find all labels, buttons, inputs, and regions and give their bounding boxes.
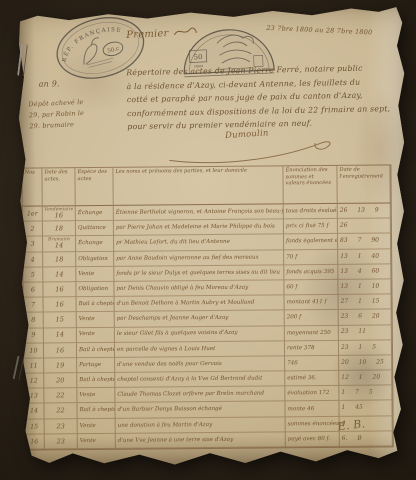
act-registration: 13 1 10	[338, 279, 391, 295]
act-date: 22	[44, 404, 77, 419]
act-registration: 26 13 9	[338, 203, 391, 219]
act-amount: 60 f	[284, 280, 338, 296]
act-type: Obligation	[76, 282, 114, 298]
page-wrap: RÉP. FRANÇAISE 50.c 50 cmes Prem	[0, 0, 416, 480]
act-type: Vente	[78, 418, 116, 434]
row-number: 14	[24, 404, 44, 419]
row-number: 12	[24, 374, 44, 389]
register-page: RÉP. FRANÇAISE 50.c 50 cmes Prem	[14, 4, 410, 467]
act-parties: cheptel consenti d'Azay à la Vve Gd Bert…	[115, 371, 285, 388]
day-number: 14	[55, 243, 63, 249]
register-table: Nos Date des actes. Espèce des actes Les…	[21, 164, 393, 450]
act-parties: d'un Benoit Delhore à Martin Aubry et Mo…	[115, 295, 285, 312]
day-number: 16	[55, 213, 63, 219]
act-type: Obligation	[76, 251, 114, 267]
act-registration: 23 1 5	[339, 340, 392, 356]
act-parties: Étienne Berthelot vigneron, et Antoine F…	[114, 204, 284, 221]
act-date: 23	[45, 419, 78, 434]
col-header-parties: Les noms et prénoms des parties, et leur…	[113, 166, 283, 205]
stamp-value: 50	[193, 53, 202, 61]
act-type: Bail à cheptel	[77, 343, 115, 359]
act-amount: fonds acquis 395	[284, 265, 338, 281]
row-number: 10	[24, 343, 44, 358]
margin-note-depot: Dépôt achevé le 29, par Robin le 29. bru…	[28, 95, 129, 132]
paraph-flourish-icon	[172, 24, 199, 38]
month-label: Vendémiaire	[44, 207, 73, 213]
act-date: 15	[44, 312, 77, 327]
act-parties: par Anne Baudoin vigneronne au fief des …	[114, 250, 284, 267]
act-type: Vente	[77, 388, 115, 404]
act-parties: Claude Thomas Clozet orfèvre par Brelin …	[115, 387, 285, 404]
act-registration: 27 1 15	[339, 295, 392, 311]
archive-scan: RÉP. FRANÇAISE 50.c 50 cmes Prem	[0, 0, 416, 480]
col-header-espece: Espèce des actes	[75, 168, 113, 206]
act-date: 18	[43, 252, 76, 267]
premier-label: Premier	[126, 28, 169, 41]
act-registration: 83 7 90	[338, 234, 391, 250]
act-amount: sommes énoncées	[286, 417, 340, 433]
act-amount: évaluation 172	[285, 386, 339, 402]
act-parties: par Denis Chauvin obligé à feu Moreau d'…	[114, 280, 284, 297]
act-parties: fonds pr le sieur Dulys et quelques terr…	[114, 265, 284, 282]
act-registration: 12 1 20	[339, 370, 392, 386]
act-date: 19	[44, 358, 77, 373]
act-date: Vendémiaire16	[43, 206, 76, 221]
margin-note-an9: an 9.	[39, 79, 60, 88]
act-date: 16	[43, 282, 76, 297]
act-amount: tous droits évalués 300 f	[284, 204, 338, 220]
act-date: 16	[44, 343, 77, 358]
act-registration: 1 7 5	[339, 386, 392, 402]
act-date: 14	[44, 328, 77, 343]
act-type: Vente	[76, 267, 114, 283]
act-parties: le sieur Gilet fils à quelques voisins d…	[115, 326, 285, 343]
act-registration: 1 45	[339, 401, 392, 417]
act-amount: 746	[285, 356, 339, 372]
row-number: 1er	[23, 206, 43, 221]
act-type: Vente	[77, 312, 115, 328]
act-parties: d'un Barbier Denys Buisson échangé	[115, 402, 285, 419]
act-date: 16	[44, 297, 77, 312]
act-registration: 26	[338, 219, 391, 235]
col-header-date: Date des actes.	[42, 168, 75, 206]
act-registration: 6. B	[340, 431, 393, 447]
act-date: Brumaire14	[43, 237, 76, 252]
act-type: Bail à cheptel	[77, 403, 115, 419]
act-date: 18	[43, 221, 76, 236]
row-number: 2	[23, 222, 43, 237]
row-number: 13	[24, 389, 44, 404]
act-amount: moyennant 250	[285, 325, 339, 341]
act-amount: prix ci fixé 75 f	[284, 219, 338, 235]
act-amount: rente 378	[285, 341, 339, 357]
act-type: Bail à cheptel	[77, 297, 115, 313]
act-type: Quittance	[76, 221, 114, 237]
act-registration: 23 6 20	[339, 310, 392, 326]
signature-block: Dumoulin	[163, 125, 343, 169]
act-amount: 200 f	[285, 310, 339, 326]
act-parties: d'une vendue des noëls pour Gervais	[115, 356, 285, 373]
act-type: Vente	[78, 434, 116, 450]
row-number: 5	[23, 267, 43, 282]
act-type: Vente	[77, 327, 115, 343]
act-parties: en parcelle de vignes à Louis Huet	[115, 341, 285, 358]
col-header-enregistrement: Date de l'enregistrement	[337, 165, 390, 203]
act-registration: 13 1 40	[338, 249, 391, 265]
act-amount: payé avec 80 f.	[286, 432, 340, 448]
act-date: 22	[44, 388, 77, 403]
row-number: 16	[25, 434, 45, 449]
title-paragraph: Répertoire des actes de Jean Pierre Ferr…	[126, 61, 403, 134]
row-number: 6	[23, 282, 43, 297]
act-parties: d'une Vve Jeanne à une terre sise d'Azay	[116, 432, 286, 449]
act-type: Bail à cheptel	[77, 373, 115, 389]
act-type: Échange	[76, 236, 114, 252]
act-type: Partage	[77, 358, 115, 374]
row-number: 8	[24, 313, 44, 328]
row-number: 11	[24, 358, 44, 373]
act-parties: par Pierre Jahan et Madeleine et Marie P…	[114, 220, 284, 237]
act-amount: estimé 36.	[285, 371, 339, 387]
act-registration: 13 4 60	[338, 264, 391, 280]
row-number: 7	[24, 298, 44, 313]
act-registration: 20 10 25	[339, 355, 392, 371]
act-date: 14	[43, 267, 76, 282]
act-amount: fonds également évalués 158 f	[284, 234, 338, 250]
row-number: 9	[24, 328, 44, 343]
month-label: Brumaire	[48, 238, 70, 244]
act-amount: 70 f	[284, 249, 338, 265]
act-parties: par Deschamps et Jeanne Auger d'Azay	[115, 311, 285, 328]
act-type: Échange	[76, 206, 114, 222]
act-date: 23	[45, 434, 78, 449]
col-header-sommes: Énonciation des sommes et valeurs énoncé…	[283, 166, 337, 204]
act-parties: une donation à feu Martin d'Azay	[116, 417, 286, 434]
act-date: 20	[44, 373, 77, 388]
row-number: 4	[23, 252, 43, 267]
act-parties: pr Mathieu Lefort, du dit lieu d'Antenne	[114, 235, 284, 252]
row-number: 15	[25, 419, 45, 434]
act-amount: monte 46	[285, 401, 339, 417]
act-amount: montant 411 f	[285, 295, 339, 311]
col-header-numero: Nos	[22, 168, 42, 206]
act-registration: 23 11	[339, 325, 392, 341]
date-range-note: 23 7bre 1800 au 28 7bre 1800	[266, 24, 406, 38]
row-number: 3	[23, 237, 43, 252]
